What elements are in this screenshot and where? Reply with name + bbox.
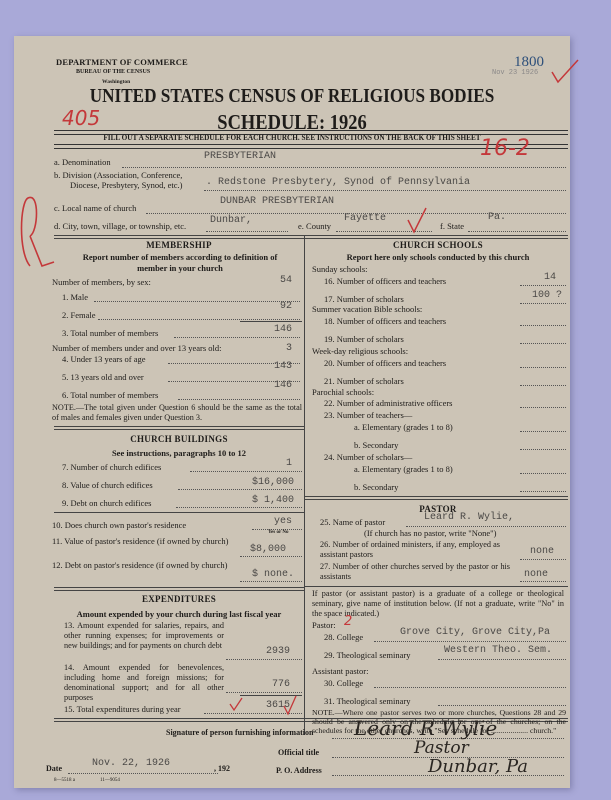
section-rule [304, 496, 568, 500]
answer-line [520, 473, 566, 474]
weekday-officers-label: 20. Number of officers and teachers [324, 358, 446, 368]
pastor-name-hint: (If church has no pastor, write "None") [364, 528, 496, 538]
residence-debt-line [240, 581, 302, 582]
assistant-college-line [374, 687, 566, 688]
male-label: 1. Male [62, 292, 88, 302]
seminary-value[interactable]: Western Theo. Sem. [444, 645, 552, 656]
salaries-value[interactable]: 2939 [232, 646, 290, 657]
female-line [98, 319, 300, 320]
residence-value-label: 11. Value of pastor's residence (if owne… [52, 536, 232, 547]
sum-line [240, 321, 302, 322]
form-title: UNITED STATES CENSUS OF RELIGIOUS BODIES [47, 86, 536, 108]
total-members-line [174, 337, 300, 338]
total-expenditures-label: 15. Total expenditures during year [64, 704, 181, 714]
answer-line [520, 285, 566, 286]
local-name-value[interactable]: DUNBAR PRESBYTERIAN [220, 196, 334, 207]
total-age-value[interactable]: 146 [240, 380, 292, 391]
denomination-value[interactable]: PRESBYTERIAN [204, 151, 276, 162]
schools-subtitle: Report here only schools conducted by th… [310, 252, 566, 262]
residence-debt-value[interactable]: $ none. [220, 569, 294, 580]
city-label: d. City, town, village, or township, etc… [54, 221, 186, 231]
total-age-line [178, 399, 300, 400]
answer-line [520, 367, 566, 368]
pastor-name-value[interactable]: Leard R. Wylie, [424, 512, 514, 523]
edifices-debt-line [176, 507, 302, 508]
official-title-value[interactable]: Pastor [414, 738, 469, 758]
po-address-value[interactable]: Dunbar, Pa [428, 756, 528, 777]
pastor-name-line [406, 526, 566, 527]
answer-line [520, 385, 566, 386]
assistants-value[interactable]: none [530, 546, 554, 557]
female-label: 2. Female [62, 310, 96, 320]
membership-title: MEMBERSHIP [54, 240, 304, 250]
teachers-secondary-label: b. Secondary [354, 440, 398, 450]
answer-line [520, 491, 566, 492]
male-value[interactable]: 54 [240, 275, 292, 286]
owns-residence-value[interactable]: yes [248, 516, 292, 527]
other-churches-label: 27. Number of other churches served by t… [320, 562, 510, 582]
salaries-label: 13. Amount expended for salaries, repair… [64, 621, 224, 651]
parochial-scholars-label: 24. Number of scholars— [324, 452, 412, 462]
residence-value-line [240, 556, 302, 557]
college-line [374, 641, 566, 642]
county-value[interactable]: Fayette [344, 213, 386, 224]
pastor-name-label: 25. Name of pastor [320, 517, 385, 527]
other-churches-value[interactable]: none [524, 569, 548, 580]
by-age-label: Number of members under and over 13 year… [52, 343, 221, 353]
weekday-label: Week-day religious schools: [312, 346, 408, 356]
edifices-count-label: 7. Number of church edifices [62, 462, 161, 472]
form-code-1: 8—5518 a [54, 778, 75, 783]
bureau-city: Washington [102, 79, 130, 85]
column-divider [304, 235, 305, 735]
city-line [206, 231, 288, 232]
local-name-label: c. Local name of church [54, 203, 136, 213]
section-rule [54, 235, 568, 239]
assistant-college-label: 30. College [324, 678, 363, 688]
handwritten-code: 16-2 [480, 136, 530, 161]
answer-line [520, 559, 566, 560]
buildings-subtitle: See instructions, paragraphs 10 to 12 [54, 448, 304, 458]
bureau-name: BUREAU OF THE CENSUS [76, 69, 150, 75]
membership-subtitle: Report number of members according to de… [70, 252, 290, 274]
sunday-officers-value[interactable]: 14 [514, 272, 556, 283]
signature-value[interactable]: Leard R Wylie [354, 716, 497, 740]
parochial-label: Parochial schools: [312, 387, 374, 397]
residence-debt-label: 12. Debt on pastor's residence (if owned… [52, 560, 232, 571]
seminary-line [438, 659, 566, 660]
state-value[interactable]: Pa. [488, 212, 506, 223]
division-value[interactable]: . Redstone Presbytery, Synod of Pennsylv… [206, 177, 470, 188]
date-line [68, 773, 218, 774]
county-label: e. County [298, 221, 331, 231]
expenditures-subtitle: Amount expended by your church during la… [54, 609, 304, 619]
under-13-value[interactable]: 3 [240, 343, 292, 354]
college-value[interactable]: Grove City, Grove City,Pa [400, 627, 550, 638]
red-check-icon [550, 54, 580, 84]
denomination-line [122, 167, 566, 168]
edifices-value-value[interactable]: $16,000 [220, 477, 294, 488]
sunday-scholars-value[interactable]: 100 ? [510, 290, 562, 301]
answer-line [520, 325, 566, 326]
city-value[interactable]: Dunbar, [210, 215, 252, 226]
total-members-value[interactable]: 146 [240, 324, 292, 335]
answer-line [520, 407, 566, 408]
division-label-1: b. Division (Association, Conference, [54, 170, 182, 180]
date-suffix: , 192 [214, 764, 230, 773]
by-sex-label: Number of members, by sex: [52, 277, 151, 287]
sunday-label: Sunday schools: [312, 264, 368, 274]
red-check-icon [406, 206, 428, 234]
buildings-title: CHURCH BUILDINGS [54, 434, 304, 444]
red-check-icon [228, 694, 298, 716]
scholars-elementary-label: a. Elementary (grades 1 to 8) [354, 464, 453, 474]
sunday-scholars-label: 17. Number of scholars [324, 294, 404, 304]
benevolences-label: 14. Amount expended for benevolences, in… [64, 663, 224, 703]
membership-note: NOTE.—The total given under Question 6 s… [52, 403, 302, 423]
received-stamp-date: Nov 23 1926 [492, 69, 538, 77]
under-13-label: 4. Under 13 years of age [62, 354, 146, 364]
assistant-seminary-label: 31. Theological seminary [324, 696, 410, 706]
parochial-officers-label: 22. Number of administrative officers [324, 398, 453, 408]
edifices-count-value[interactable]: 1 [240, 458, 292, 469]
college-label: 28. College [324, 632, 363, 642]
benevolences-line [226, 692, 302, 693]
section-rule [54, 587, 304, 591]
fill-out-instruction: FILL OUT A SEPARATE SCHEDULE FOR EACH CH… [56, 132, 529, 142]
answer-line [520, 581, 566, 582]
edifices-debt-label: 9. Debt on church edifices [62, 498, 151, 508]
sunday-officers-label: 16. Number of officers and teachers [324, 276, 446, 286]
divider [304, 586, 568, 587]
summer-label: Summer vacation Bible schools: [312, 304, 422, 314]
state-line [468, 231, 566, 232]
answer-line [520, 343, 566, 344]
scholars-secondary-label: b. Secondary [354, 482, 398, 492]
benevolences-value[interactable]: 776 [232, 679, 290, 690]
edifices-value-line [178, 489, 302, 490]
seminary-label: 29. Theological seminary [324, 650, 410, 660]
salaries-line [226, 659, 302, 660]
parochial-teachers-label: 23. Number of teachers— [324, 410, 412, 420]
form-code-2: 11—9054 [100, 778, 120, 783]
answer-line [520, 431, 566, 432]
margin-r-mark-icon [16, 192, 56, 272]
total-age-label: 6. Total number of members [62, 390, 158, 400]
section-rule [54, 426, 304, 430]
edifices-count-line [190, 471, 302, 472]
female-value[interactable]: 92 [240, 301, 292, 312]
over-13-value[interactable]: 143 [240, 361, 292, 372]
division-line [204, 190, 566, 191]
handwritten-number: 405 [62, 106, 100, 130]
owns-residence-label: 10. Does church own pastor's residence [52, 520, 186, 530]
assistant-seminary-line [438, 705, 566, 706]
division-label-2: Diocese, Presbytery, Synod, etc.) [70, 180, 183, 190]
signature-label: Signature of person furnishing informati… [166, 728, 313, 737]
answer-line [520, 303, 566, 304]
date-value[interactable]: Nov. 22, 1926 [92, 758, 170, 769]
pastor-sublabel: Pastor: [312, 620, 336, 630]
summer-officers-label: 18. Number of officers and teachers [324, 316, 446, 326]
date-label: Date [46, 764, 62, 773]
edifices-value-label: 8. Value of church edifices [62, 480, 153, 490]
state-label: f. State [440, 221, 464, 231]
expenditures-title: EXPENDITURES [54, 594, 304, 604]
yes-no-hint: Yes or No [268, 530, 288, 535]
po-address-label: P. O. Address [276, 766, 322, 775]
summer-scholars-label: 19. Number of scholars [324, 334, 404, 344]
schools-title: CHURCH SCHOOLS [310, 240, 566, 250]
teachers-elementary-label: a. Elementary (grades 1 to 8) [354, 422, 453, 432]
divider [54, 512, 304, 513]
edifices-debt-value[interactable]: $ 1,400 [220, 495, 294, 506]
residence-value-value[interactable]: $8,000 [220, 544, 286, 555]
assistant-pastor-label: Assistant pastor: [312, 666, 368, 676]
official-title-label: Official title [278, 748, 319, 757]
pastor-mark: 2 [344, 614, 352, 629]
total-members-label: 3. Total number of members [62, 328, 158, 338]
answer-line [520, 449, 566, 450]
census-schedule-page: DEPARTMENT OF COMMERCE BUREAU OF THE CEN… [14, 36, 570, 788]
over-13-label: 5. 13 years old and over [62, 372, 144, 382]
assistants-label: 26. Number of ordained ministers, if any… [320, 540, 500, 560]
denomination-label: a. Denomination [54, 157, 111, 167]
weekday-scholars-label: 21. Number of scholars [324, 376, 404, 386]
department-name: DEPARTMENT OF COMMERCE [56, 57, 188, 67]
